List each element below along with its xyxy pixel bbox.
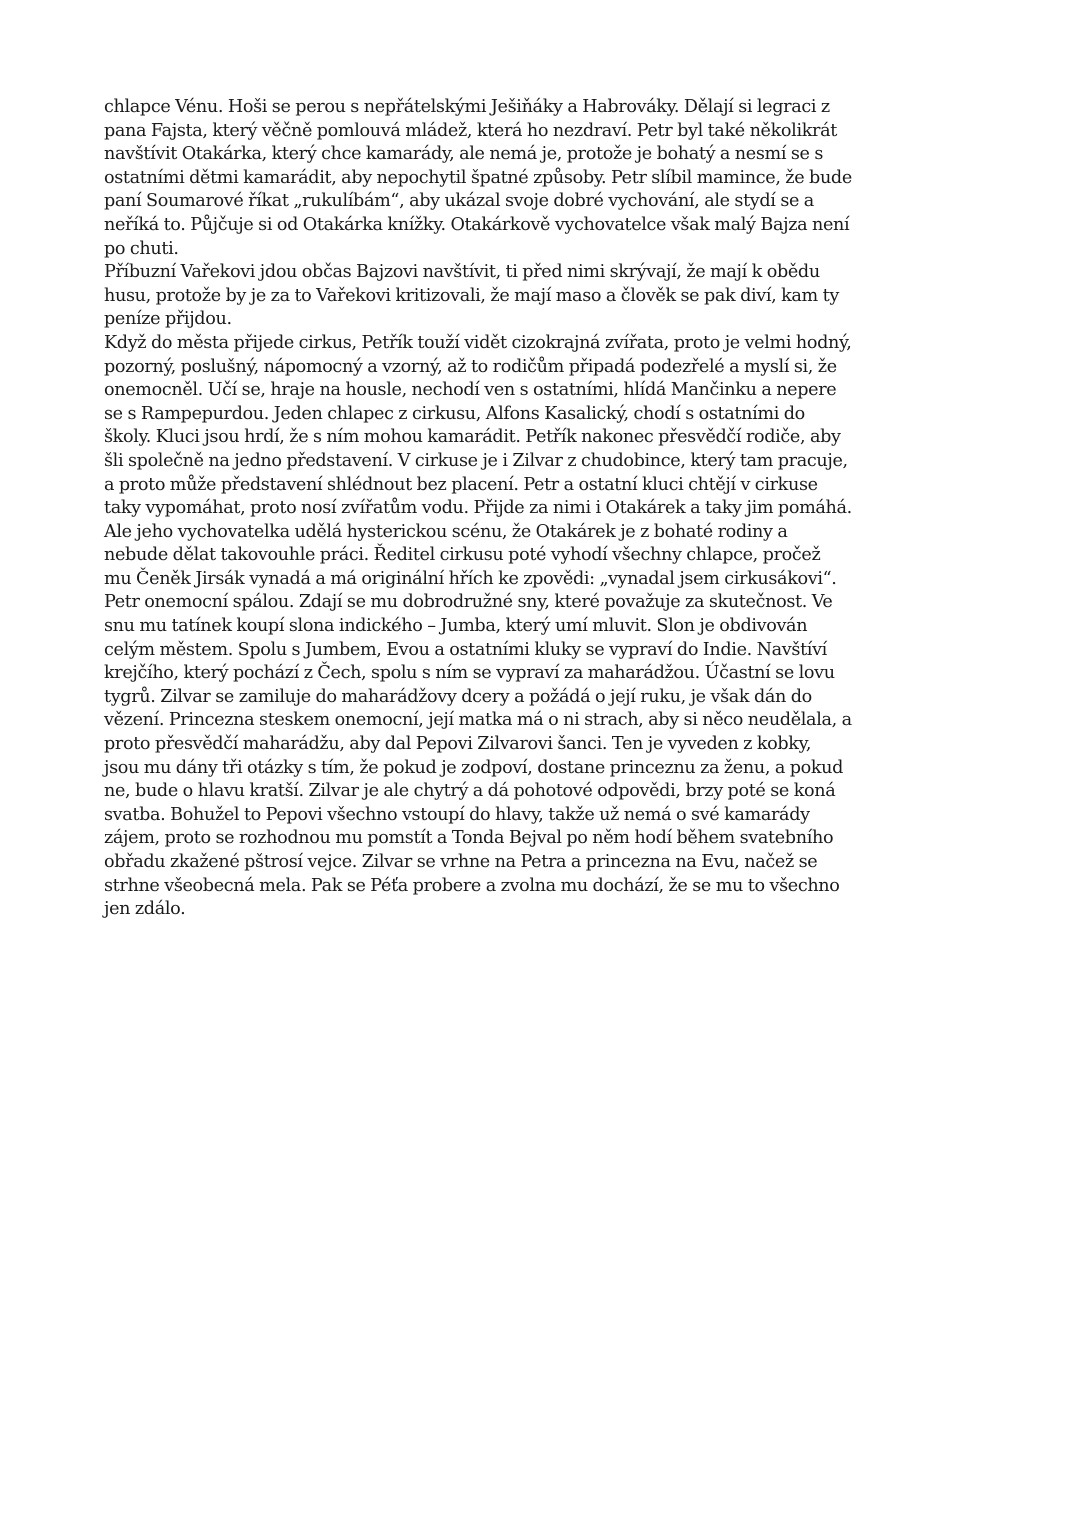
text-line: a proto může představení shlédnout bez p… bbox=[104, 474, 984, 498]
paragraph-circus: Když do města přijede cirkus, Petřík tou… bbox=[104, 332, 984, 922]
text-line: ne, bude o hlavu kratší. Zilvar je ale c… bbox=[104, 780, 984, 804]
text-line: Petr onemocní spálou. Zdají se mu dobrod… bbox=[104, 591, 984, 615]
text-line: peníze přijdou. bbox=[104, 308, 984, 332]
text-line: Ale jeho vychovatelka udělá hysterickou … bbox=[104, 521, 984, 545]
text-line: šli společně na jedno představení. V cir… bbox=[104, 450, 984, 474]
text-line: vězení. Princezna steskem onemocní, její… bbox=[104, 709, 984, 733]
text-line: tygrů. Zilvar se zamiluje do maharádžovy… bbox=[104, 686, 984, 710]
text-line: paní Soumarové říkat „rukulíbám“, aby uk… bbox=[104, 190, 984, 214]
text-line: taky vypomáhat, proto nosí zvířatům vodu… bbox=[104, 497, 984, 521]
text-line: jen zdálo. bbox=[104, 898, 984, 922]
text-line: nebude dělat takovouhle práci. Ředitel c… bbox=[104, 544, 984, 568]
text-line: pana Fajsta, který věčně pomlouvá mládež… bbox=[104, 120, 984, 144]
text-line: snu mu tatínek koupí slona indického – J… bbox=[104, 615, 984, 639]
text-line: Příbuzní Vařekovi jdou občas Bajzovi nav… bbox=[104, 261, 984, 285]
text-line: zájem, proto se rozhodnou mu pomstít a T… bbox=[104, 827, 984, 851]
text-line: navštívit Otakárka, který chce kamarády,… bbox=[104, 143, 984, 167]
text-line: onemocněl. Učí se, hraje na housle, nech… bbox=[104, 379, 984, 403]
text-line: proto přesvědčí maharádžu, aby dal Pepov… bbox=[104, 733, 984, 757]
text-line: strhne všeobecná mela. Pak se Péťa probe… bbox=[104, 875, 984, 899]
text-line: ostatními dětmi kamarádit, aby nepochyti… bbox=[104, 167, 984, 191]
document-page: chlapce Vénu. Hoši se perou s nepřátelsk… bbox=[104, 96, 984, 922]
text-line: mu Čeněk Jirsák vynadá a má originální h… bbox=[104, 568, 984, 592]
text-line: po chuti. bbox=[104, 238, 984, 262]
text-line: školy. Kluci jsou hrdí, že s ním mohou k… bbox=[104, 426, 984, 450]
text-line: svatba. Bohužel to Pepovi všechno vstoup… bbox=[104, 804, 984, 828]
paragraph-neighbors: chlapce Vénu. Hoši se perou s nepřátelsk… bbox=[104, 96, 984, 261]
text-line: se s Rampepurdou. Jeden chlapec z cirkus… bbox=[104, 403, 984, 427]
text-line: pozorný, poslušný, nápomocný a vzorný, a… bbox=[104, 356, 984, 380]
text-line: obřadu zkažené pštrosí vejce. Zilvar se … bbox=[104, 851, 984, 875]
text-line: Když do města přijede cirkus, Petřík tou… bbox=[104, 332, 984, 356]
text-line: neříká to. Půjčuje si od Otakárka knížky… bbox=[104, 214, 984, 238]
paragraph-relatives: Příbuzní Vařekovi jdou občas Bajzovi nav… bbox=[104, 261, 984, 332]
text-line: krejčího, který pochází z Čech, spolu s … bbox=[104, 662, 984, 686]
text-line: husu, protože by je za to Vařekovi kriti… bbox=[104, 285, 984, 309]
text-line: chlapce Vénu. Hoši se perou s nepřátelsk… bbox=[104, 96, 984, 120]
text-line: celým městem. Spolu s Jumbem, Evou a ost… bbox=[104, 639, 984, 663]
text-line: jsou mu dány tři otázky s tím, že pokud … bbox=[104, 757, 984, 781]
